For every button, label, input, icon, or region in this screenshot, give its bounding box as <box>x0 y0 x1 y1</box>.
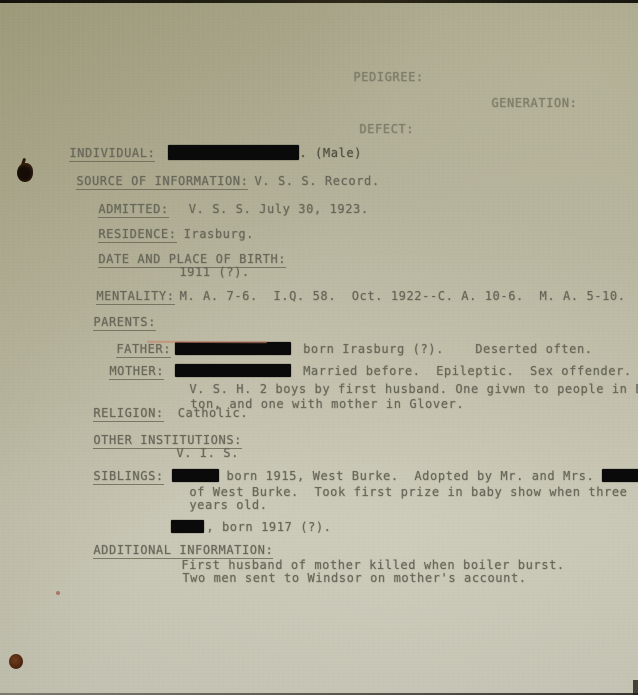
defect-label: DEFECT: <box>359 122 414 136</box>
additional-line2-text: Two men sent to Windsor on mother's acco… <box>182 571 526 585</box>
scan-edge-top <box>0 0 638 3</box>
source-value: V. S. S. Record. <box>254 174 379 188</box>
mentality-value: M. A. 7-6. I.Q. 58. Oct. 1922--C. A. 10-… <box>180 289 626 303</box>
document-page: PEDIGREE: GENERATION: DEFECT: INDIVIDUAL… <box>0 0 638 695</box>
header-pedigree: PEDIGREE: <box>322 56 424 98</box>
hole-punch-bottom <box>9 654 23 669</box>
siblings-label: SIBLINGS: <box>93 469 163 485</box>
header-generation: GENERATION: <box>460 82 577 124</box>
hole-punch-top <box>17 163 33 182</box>
individual-suffix: . (Male) <box>299 146 362 160</box>
redaction-bar-individual-name <box>168 145 299 160</box>
pedigree-label: PEDIGREE: <box>353 70 423 84</box>
generation-label: GENERATION: <box>491 96 577 110</box>
red-ink-speck <box>56 591 60 595</box>
additional-line2: Two men sent to Windsor on mother's acco… <box>151 557 527 599</box>
mother-label: MOTHER: <box>109 364 164 380</box>
religion-value: Catholic. <box>178 406 248 420</box>
